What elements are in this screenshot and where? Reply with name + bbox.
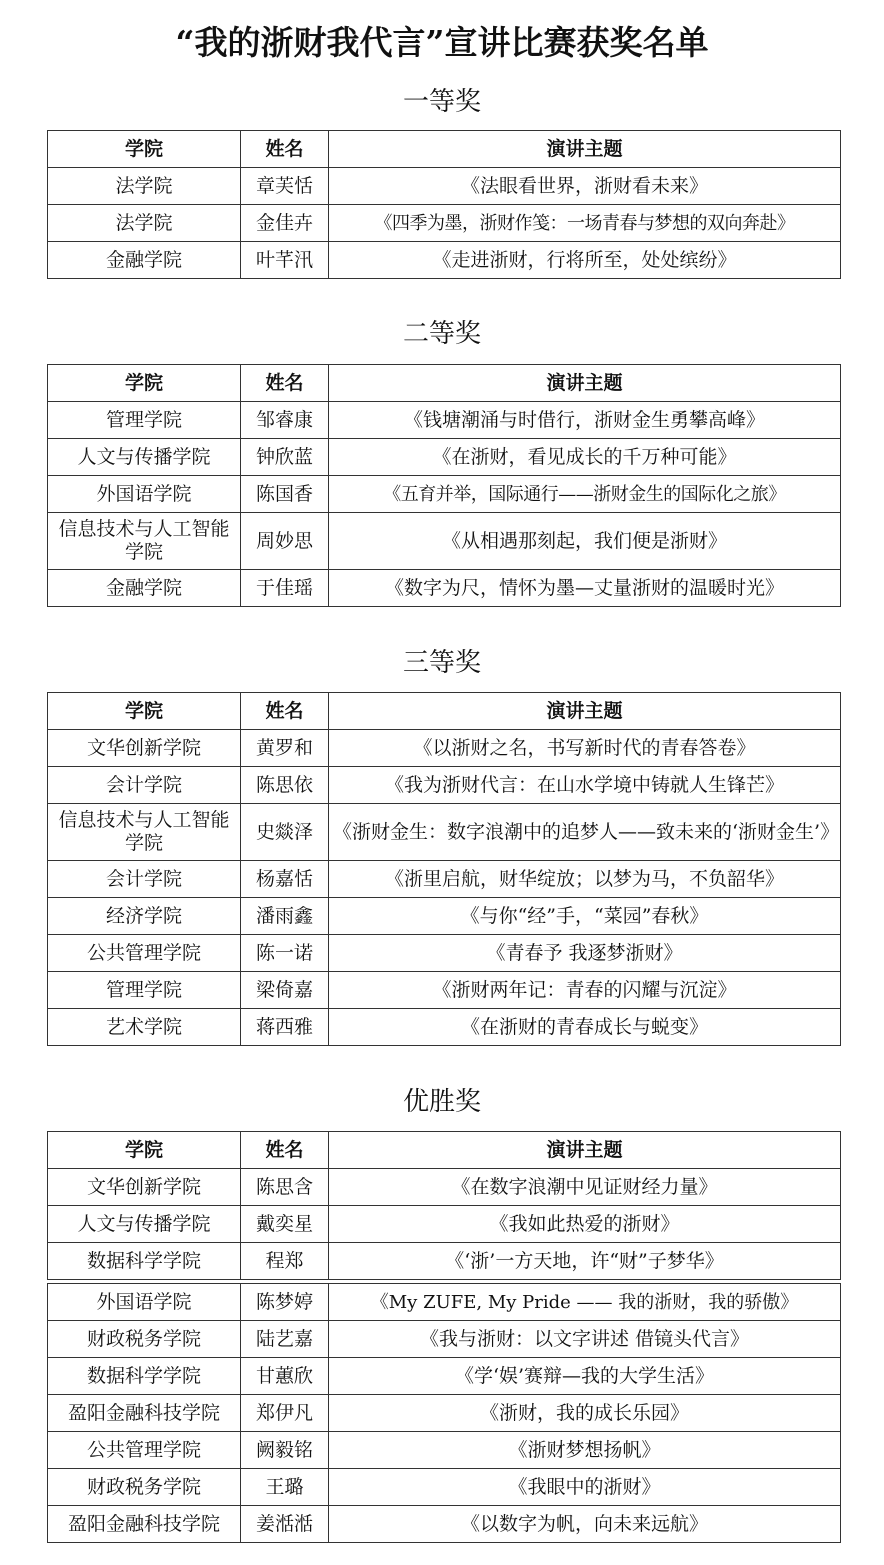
cell-college: 管理学院 xyxy=(48,972,241,1009)
cell-name: 王璐 xyxy=(241,1469,329,1506)
column-header-college: 学院 xyxy=(48,693,241,730)
cell-college: 盈阳金融科技学院 xyxy=(48,1395,241,1432)
table-header-row: 学院 姓名 演讲主题 xyxy=(48,131,841,168)
cell-topic: 《青春予 我逐梦浙财》 xyxy=(329,935,841,972)
section-heading-first-prize: 一等奖 xyxy=(0,84,884,120)
table-row: 法学院 章芙恬 《法眼看世界，浙财看未来》 xyxy=(48,168,841,205)
column-header-college: 学院 xyxy=(48,131,241,168)
column-header-name: 姓名 xyxy=(241,1132,329,1169)
cell-name: 史燚泽 xyxy=(241,804,329,861)
cell-college: 经济学院 xyxy=(48,898,241,935)
cell-topic: 《数字为尺，情怀为墨—丈量浙财的温暖时光》 xyxy=(329,570,841,607)
cell-topic: 《在浙财的青春成长与蜕变》 xyxy=(329,1009,841,1046)
table-row: 法学院 金佳卉 《四季为墨，浙财作笺：一场青春与梦想的双向奔赴》 xyxy=(48,205,841,242)
section-heading-third-prize: 三等奖 xyxy=(0,645,884,681)
table-row: 外国语学院 陈梦婷 《My ZUFE, My Pride —— 我的浙财，我的骄… xyxy=(48,1284,841,1321)
cell-name: 潘雨鑫 xyxy=(241,898,329,935)
cell-college: 外国语学院 xyxy=(48,476,241,513)
cell-name: 钟欣蓝 xyxy=(241,439,329,476)
second-prize-table: 学院 姓名 演讲主题 管理学院 邹睿康 《钱塘潮涌与时借行，浙财金生勇攀高峰》 … xyxy=(47,364,841,607)
column-header-college: 学院 xyxy=(48,365,241,402)
cell-college: 人文与传播学院 xyxy=(48,1206,241,1243)
cell-topic: 《浙财梦想扬帆》 xyxy=(329,1432,841,1469)
table-header-row: 学院 姓名 演讲主题 xyxy=(48,693,841,730)
cell-topic: 《浙财两年记：青春的闪耀与沉淀》 xyxy=(329,972,841,1009)
table-row: 管理学院 梁倚嘉 《浙财两年记：青春的闪耀与沉淀》 xyxy=(48,972,841,1009)
table-row: 管理学院 邹睿康 《钱塘潮涌与时借行，浙财金生勇攀高峰》 xyxy=(48,402,841,439)
table-row: 经济学院 潘雨鑫 《与你“经”手，“菜园”春秋》 xyxy=(48,898,841,935)
table-row: 盈阳金融科技学院 郑伊凡 《浙财，我的成长乐园》 xyxy=(48,1395,841,1432)
cell-name: 陈一诺 xyxy=(241,935,329,972)
table-row: 信息技术与人工智能学院 周妙思 《从相遇那刻起，我们便是浙财》 xyxy=(48,513,841,570)
cell-name: 程郑 xyxy=(241,1243,329,1280)
cell-college: 财政税务学院 xyxy=(48,1469,241,1506)
cell-topic: 《从相遇那刻起，我们便是浙财》 xyxy=(329,513,841,570)
cell-topic: 《我如此热爱的浙财》 xyxy=(329,1206,841,1243)
cell-college: 会计学院 xyxy=(48,767,241,804)
cell-college: 人文与传播学院 xyxy=(48,439,241,476)
cell-topic: 《浙财金生：数字浪潮中的追梦人——致未来的‘浙财金生’》 xyxy=(329,804,841,861)
cell-college: 信息技术与人工智能学院 xyxy=(48,513,241,570)
cell-name: 于佳瑶 xyxy=(241,570,329,607)
cell-topic: 《我眼中的浙财》 xyxy=(329,1469,841,1506)
cell-college: 金融学院 xyxy=(48,242,241,279)
cell-name: 姜湉湉 xyxy=(241,1506,329,1543)
cell-topic: 《My ZUFE, My Pride —— 我的浙财，我的骄傲》 xyxy=(329,1284,841,1321)
cell-topic: 《在浙财，看见成长的千万种可能》 xyxy=(329,439,841,476)
cell-topic: 《我与浙财：以文字讲述 借镜头代言》 xyxy=(329,1321,841,1358)
cell-name: 陆艺嘉 xyxy=(241,1321,329,1358)
cell-topic: 《浙财，我的成长乐园》 xyxy=(329,1395,841,1432)
section-heading-merit-prize: 优胜奖 xyxy=(0,1084,884,1120)
cell-topic: 《在数字浪潮中见证财经力量》 xyxy=(329,1169,841,1206)
page-title: “我的浙财我代言”宣讲比赛获奖名单 xyxy=(0,18,884,68)
merit-prize-table-continued: 外国语学院 陈梦婷 《My ZUFE, My Pride —— 我的浙财，我的骄… xyxy=(47,1283,841,1543)
cell-college: 法学院 xyxy=(48,168,241,205)
table-row: 财政税务学院 王璐 《我眼中的浙财》 xyxy=(48,1469,841,1506)
cell-topic: 《法眼看世界，浙财看未来》 xyxy=(329,168,841,205)
cell-name: 金佳卉 xyxy=(241,205,329,242)
cell-topic: 《浙里启航，财华绽放；以梦为马，不负韶华》 xyxy=(329,861,841,898)
cell-college: 公共管理学院 xyxy=(48,1432,241,1469)
table-row: 会计学院 杨嘉恬 《浙里启航，财华绽放；以梦为马，不负韶华》 xyxy=(48,861,841,898)
cell-name: 郑伊凡 xyxy=(241,1395,329,1432)
column-header-topic: 演讲主题 xyxy=(329,693,841,730)
cell-name: 邹睿康 xyxy=(241,402,329,439)
third-prize-table: 学院 姓名 演讲主题 文华创新学院 黄罗和 《以浙财之名，书写新时代的青春答卷》… xyxy=(47,692,841,1046)
cell-name: 陈梦婷 xyxy=(241,1284,329,1321)
cell-college: 数据科学学院 xyxy=(48,1358,241,1395)
cell-topic: 《以数字为帆，向未来远航》 xyxy=(329,1506,841,1543)
cell-college: 法学院 xyxy=(48,205,241,242)
cell-topic: 《钱塘潮涌与时借行，浙财金生勇攀高峰》 xyxy=(329,402,841,439)
table-row: 金融学院 于佳瑶 《数字为尺，情怀为墨—丈量浙财的温暖时光》 xyxy=(48,570,841,607)
cell-college: 外国语学院 xyxy=(48,1284,241,1321)
section-heading-second-prize: 二等奖 xyxy=(0,316,884,352)
cell-name: 梁倚嘉 xyxy=(241,972,329,1009)
cell-topic: 《走进浙财，行将所至，处处缤纷》 xyxy=(329,242,841,279)
cell-name: 阙毅铭 xyxy=(241,1432,329,1469)
cell-name: 叶芊汛 xyxy=(241,242,329,279)
cell-name: 黄罗和 xyxy=(241,730,329,767)
table-row: 人文与传播学院 钟欣蓝 《在浙财，看见成长的千万种可能》 xyxy=(48,439,841,476)
column-header-topic: 演讲主题 xyxy=(329,365,841,402)
table-row: 公共管理学院 阙毅铭 《浙财梦想扬帆》 xyxy=(48,1432,841,1469)
table-header-row: 学院 姓名 演讲主题 xyxy=(48,365,841,402)
cell-college: 会计学院 xyxy=(48,861,241,898)
table-row: 信息技术与人工智能学院 史燚泽 《浙财金生：数字浪潮中的追梦人——致未来的‘浙财… xyxy=(48,804,841,861)
cell-name: 陈国香 xyxy=(241,476,329,513)
cell-college: 金融学院 xyxy=(48,570,241,607)
cell-name: 陈思含 xyxy=(241,1169,329,1206)
cell-topic: 《与你“经”手，“菜园”春秋》 xyxy=(329,898,841,935)
table-row: 数据科学学院 程郑 《‘浙’一方天地，许“财”子梦华》 xyxy=(48,1243,841,1280)
table-row: 文华创新学院 黄罗和 《以浙财之名，书写新时代的青春答卷》 xyxy=(48,730,841,767)
table-row: 外国语学院 陈国香 《五育并举，国际通行——浙财金生的国际化之旅》 xyxy=(48,476,841,513)
table-header-row: 学院 姓名 演讲主题 xyxy=(48,1132,841,1169)
cell-name: 甘蕙欣 xyxy=(241,1358,329,1395)
cell-name: 周妙思 xyxy=(241,513,329,570)
cell-topic: 《以浙财之名，书写新时代的青春答卷》 xyxy=(329,730,841,767)
cell-topic: 《五育并举，国际通行——浙财金生的国际化之旅》 xyxy=(329,476,841,513)
cell-college: 数据科学学院 xyxy=(48,1243,241,1280)
cell-topic: 《我为浙财代言：在山水学境中铸就人生锋芒》 xyxy=(329,767,841,804)
cell-topic: 《学‘娱’赛辩—我的大学生活》 xyxy=(329,1358,841,1395)
cell-college: 公共管理学院 xyxy=(48,935,241,972)
cell-college: 文华创新学院 xyxy=(48,1169,241,1206)
table-row: 盈阳金融科技学院 姜湉湉 《以数字为帆，向未来远航》 xyxy=(48,1506,841,1543)
table-row: 人文与传播学院 戴奕星 《我如此热爱的浙财》 xyxy=(48,1206,841,1243)
first-prize-table: 学院 姓名 演讲主题 法学院 章芙恬 《法眼看世界，浙财看未来》 法学院 金佳卉… xyxy=(47,130,841,279)
column-header-name: 姓名 xyxy=(241,365,329,402)
cell-name: 杨嘉恬 xyxy=(241,861,329,898)
cell-college: 信息技术与人工智能学院 xyxy=(48,804,241,861)
cell-name: 蒋西雅 xyxy=(241,1009,329,1046)
cell-topic: 《四季为墨，浙财作笺：一场青春与梦想的双向奔赴》 xyxy=(329,205,841,242)
column-header-name: 姓名 xyxy=(241,693,329,730)
table-row: 数据科学学院 甘蕙欣 《学‘娱’赛辩—我的大学生活》 xyxy=(48,1358,841,1395)
table-row: 文华创新学院 陈思含 《在数字浪潮中见证财经力量》 xyxy=(48,1169,841,1206)
column-header-topic: 演讲主题 xyxy=(329,1132,841,1169)
column-header-college: 学院 xyxy=(48,1132,241,1169)
merit-prize-table: 学院 姓名 演讲主题 文华创新学院 陈思含 《在数字浪潮中见证财经力量》 人文与… xyxy=(47,1131,841,1280)
table-row: 金融学院 叶芊汛 《走进浙财，行将所至，处处缤纷》 xyxy=(48,242,841,279)
cell-name: 章芙恬 xyxy=(241,168,329,205)
cell-topic: 《‘浙’一方天地，许“财”子梦华》 xyxy=(329,1243,841,1280)
table-row: 会计学院 陈思依 《我为浙财代言：在山水学境中铸就人生锋芒》 xyxy=(48,767,841,804)
column-header-name: 姓名 xyxy=(241,131,329,168)
cell-college: 管理学院 xyxy=(48,402,241,439)
cell-name: 戴奕星 xyxy=(241,1206,329,1243)
table-row: 艺术学院 蒋西雅 《在浙财的青春成长与蜕变》 xyxy=(48,1009,841,1046)
table-row: 财政税务学院 陆艺嘉 《我与浙财：以文字讲述 借镜头代言》 xyxy=(48,1321,841,1358)
cell-college: 艺术学院 xyxy=(48,1009,241,1046)
cell-college: 文华创新学院 xyxy=(48,730,241,767)
cell-name: 陈思依 xyxy=(241,767,329,804)
cell-college: 盈阳金融科技学院 xyxy=(48,1506,241,1543)
table-row: 公共管理学院 陈一诺 《青春予 我逐梦浙财》 xyxy=(48,935,841,972)
cell-college: 财政税务学院 xyxy=(48,1321,241,1358)
column-header-topic: 演讲主题 xyxy=(329,131,841,168)
